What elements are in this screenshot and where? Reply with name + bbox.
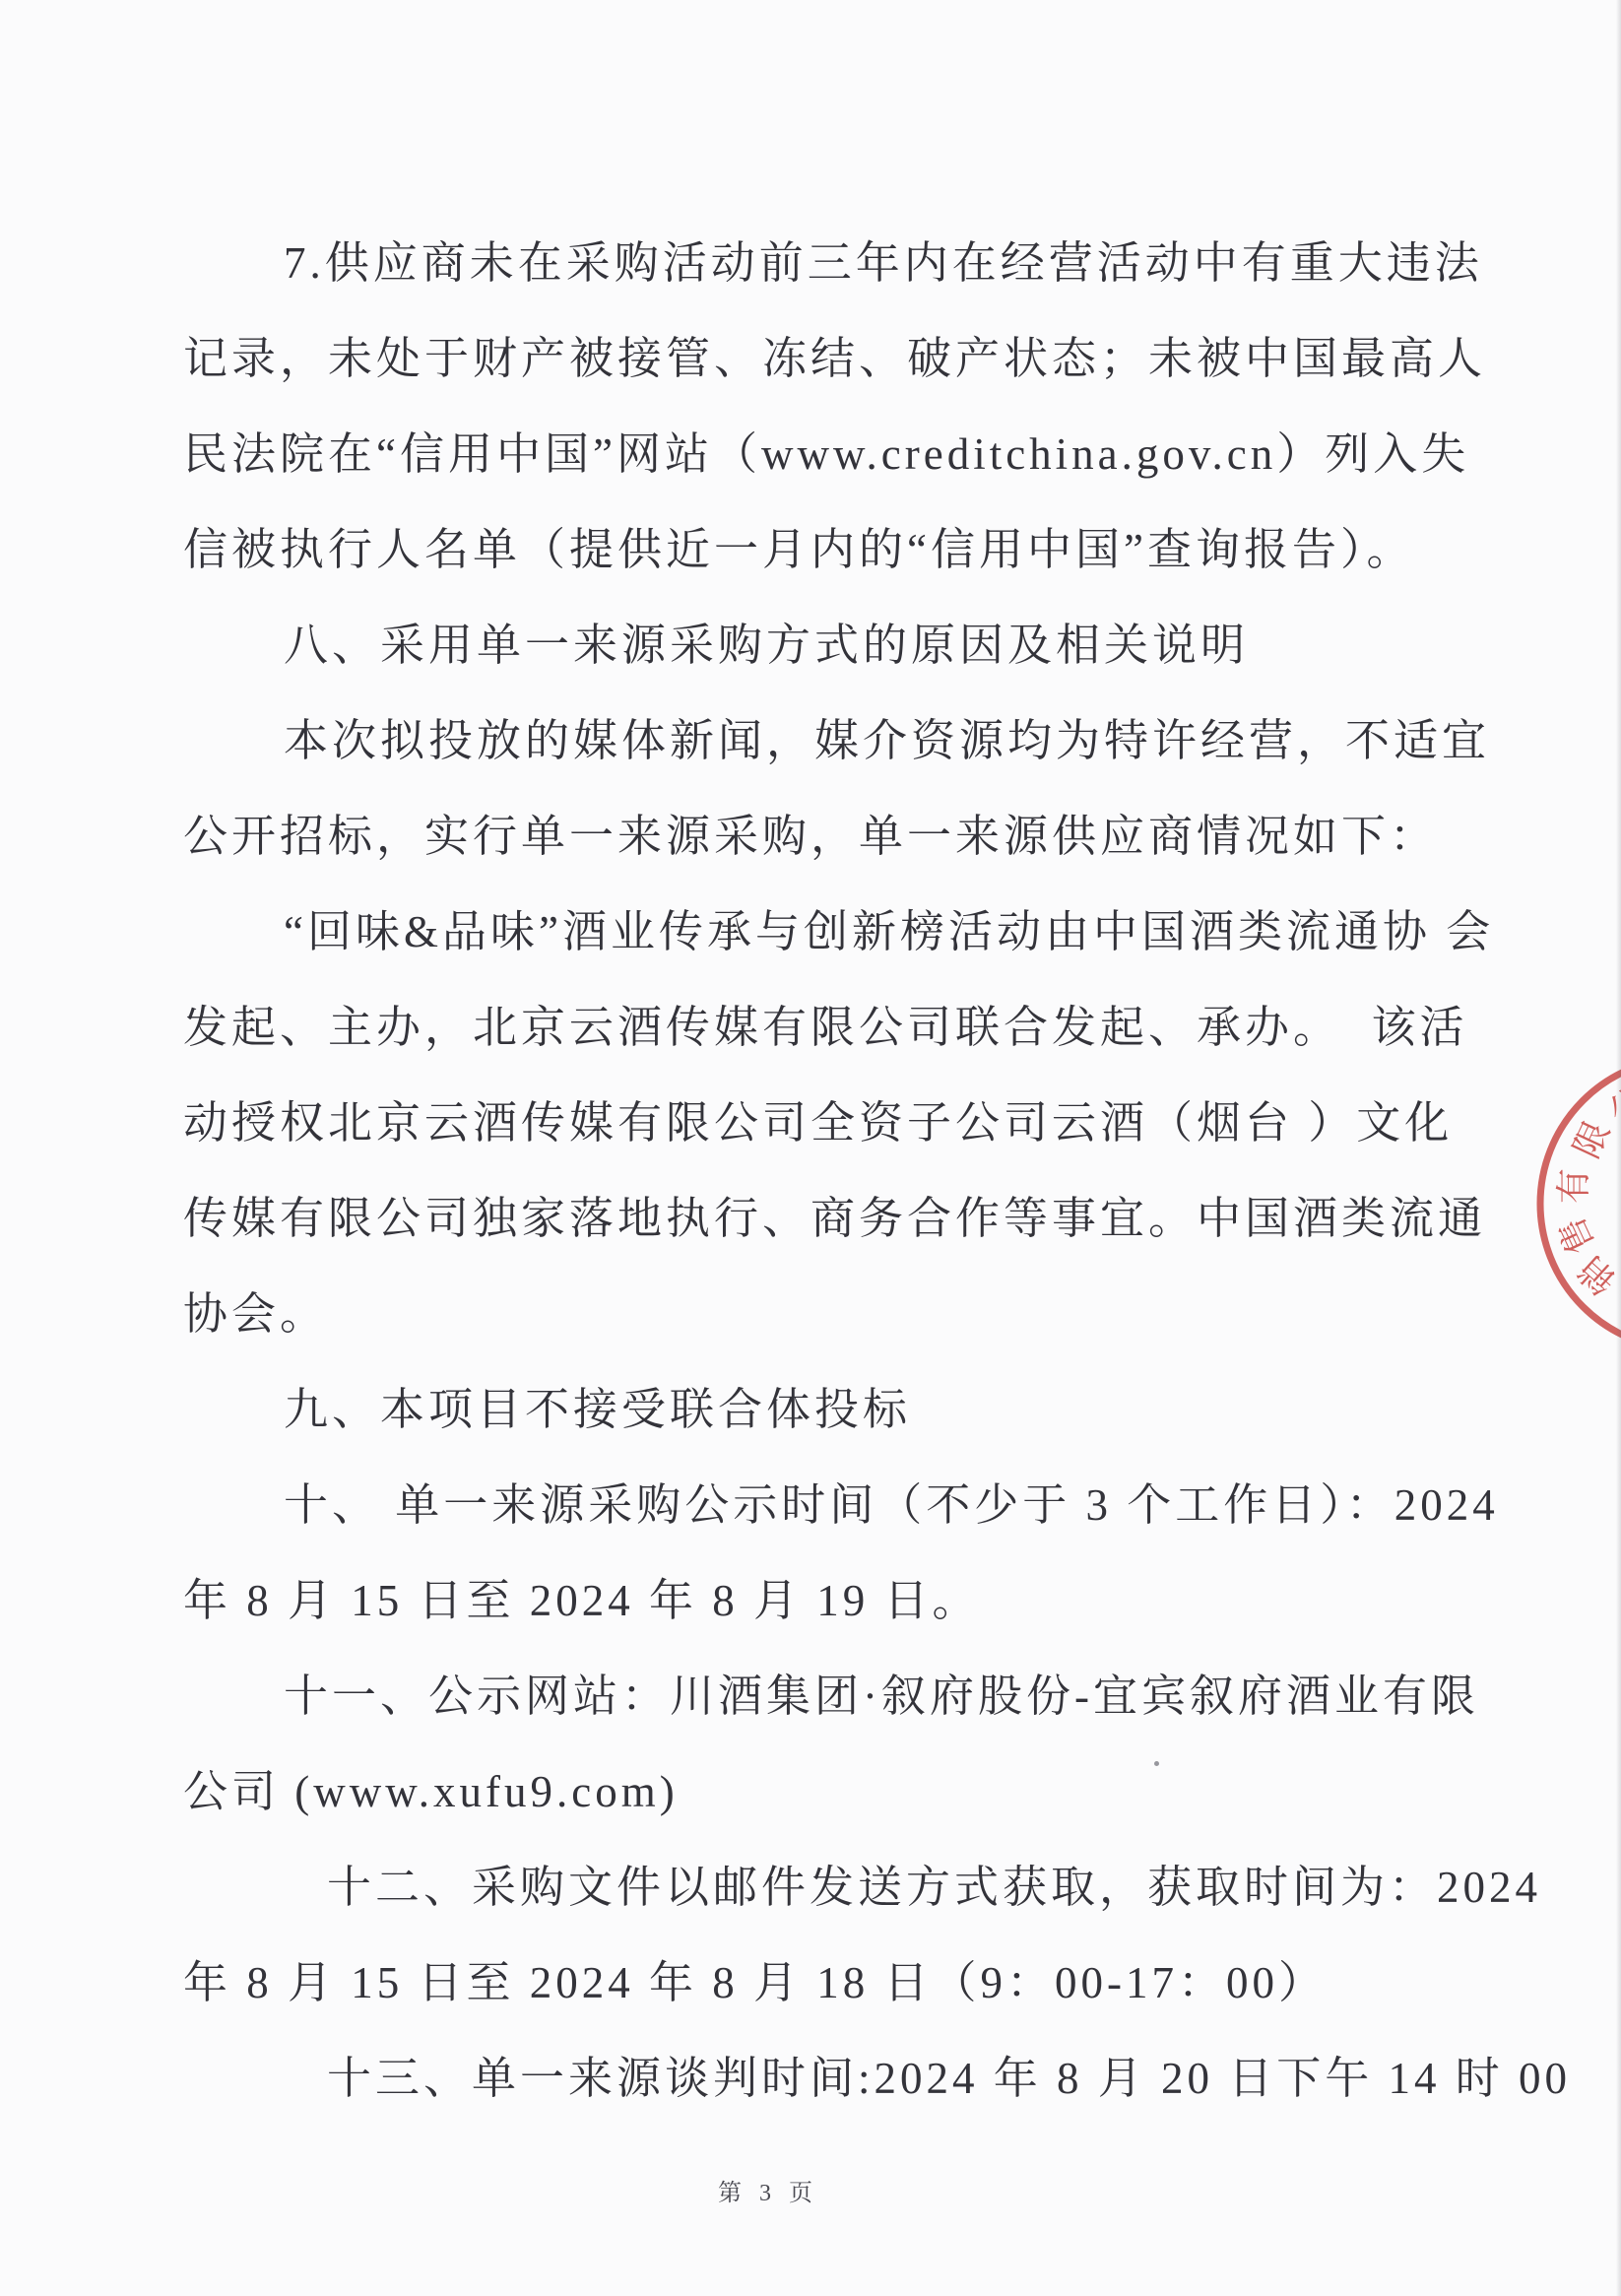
text-line: 记录，未处于财产被接管、冻结、破产状态；未被中国最高人 [183, 311, 1562, 407]
text-line: 十三、单一来源谈判时间:2024 年 8 月 20 日下午 14 时 00 [183, 2031, 1562, 2127]
page-edge-shadow [1616, 0, 1621, 2296]
text-line: 年 8 月 15 日至 2024 年 8 月 18 日（9：00-17：00） [183, 1935, 1562, 2031]
stamp-char: 限 [1567, 1115, 1617, 1164]
text-line: 十二、采购文件以邮件发送方式获取，获取时间为：2024 [183, 1840, 1562, 1935]
text-line: 本次拟投放的媒体新闻，媒介资源均为特许经营，不适宜 [183, 693, 1562, 789]
text-line: 7.供应商未在采购活动前三年内在经营活动中有重大违法 [183, 216, 1562, 311]
text-line: “回味&品味”酒业传承与创新榜活动由中国酒类流通协 会 [183, 885, 1562, 980]
text-line: 公司 (www.xufu9.com) [183, 1744, 1562, 1840]
document-page: 7.供应商未在采购活动前三年内在经营活动中有重大违法记录，未处于财产被接管、冻结… [0, 0, 1621, 2296]
text-line: 发起、主办，北京云酒传媒有限公司联合发起、承办。 该活 [183, 980, 1562, 1076]
scan-speck [1154, 1761, 1159, 1766]
text-line: 公开招标，实行单一来源采购，单一来源供应商情况如下： [183, 789, 1562, 885]
body-text: 7.供应商未在采购活动前三年内在经营活动中有重大违法记录，未处于财产被接管、冻结… [183, 216, 1562, 2127]
text-line: 十、 单一来源采购公示时间（不少于 3 个工作日）：2024 [183, 1458, 1562, 1553]
text-line: 动授权北京云酒传媒有限公司全资子公司云酒（烟台 ）文化 [183, 1076, 1562, 1171]
text-line: 传媒有限公司独家落地执行、商务合作等事宜。中国酒类流通 [183, 1171, 1562, 1267]
page-number: 第 3 页 [0, 2173, 1536, 2207]
text-line: 信被执行人名单（提供近一月内的“信用中国”查询报告）。 [183, 502, 1562, 598]
text-line: 八、采用单一来源采购方式的原因及相关说明 [183, 598, 1562, 693]
text-line: 年 8 月 15 日至 2024 年 8 月 19 日。 [183, 1553, 1562, 1649]
text-line: 十一、公示网站：川酒集团·叙府股份-宜宾叙府酒业有限 [183, 1649, 1562, 1744]
text-line: 协会。 [183, 1267, 1562, 1362]
scan-speck [545, 1224, 549, 1228]
text-line: 民法院在“信用中国”网站（www.creditchina.gov.cn）列入失 [183, 407, 1562, 502]
text-line: 九、本项目不接受联合体投标 [183, 1362, 1562, 1458]
stamp-char: 销 [1572, 1248, 1621, 1301]
